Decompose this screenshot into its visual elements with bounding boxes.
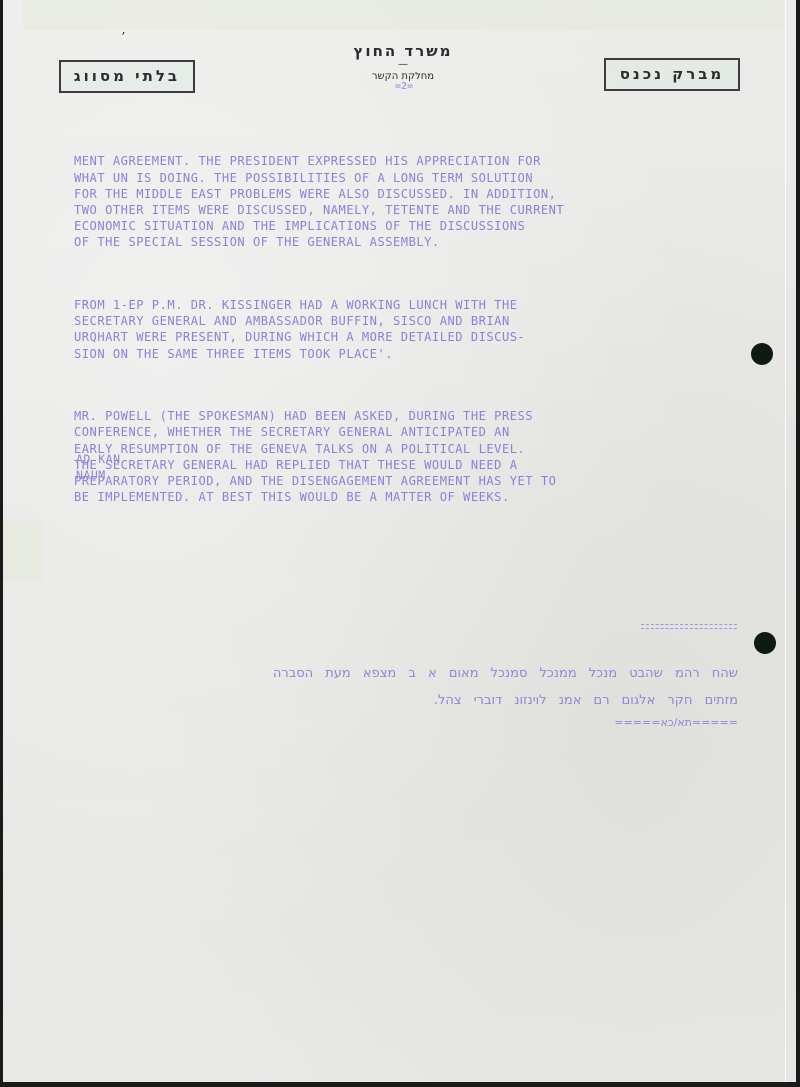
signoff-end-marker: AD KAN	[76, 451, 121, 467]
body-line: SECRETARY GENERAL AND AMBASSADOR BUFFIN,…	[74, 313, 714, 329]
body-line: URQHART WERE PRESENT, DURING WHICH A MOR…	[74, 329, 714, 345]
distribution-line: שהח רהמ שהבט מנכל ממנכל סמנכל מאום א ב מ…	[138, 660, 738, 687]
body-line: PREPARATORY PERIOD, AND THE DISENGAGEMEN…	[74, 473, 714, 489]
body-line: ECONOMIC SITUATION AND THE IMPLICATIONS …	[74, 218, 714, 234]
classification-stamp: בלתי מסווג	[59, 60, 195, 93]
body-line: MENT AGREEMENT. THE PRESIDENT EXPRESSED …	[74, 153, 714, 169]
body-line: WHAT UN IS DOING. THE POSSIBILITIES OF A…	[74, 170, 714, 186]
body-line: OF THE SPECIAL SESSION OF THE GENERAL AS…	[74, 234, 714, 250]
separator-line	[641, 624, 737, 629]
telegram-body: MENT AGREEMENT. THE PRESIDENT EXPRESSED …	[74, 121, 714, 552]
paper-stain	[23, 0, 783, 30]
body-line: MR. POWELL (THE SPOKESMAN) HAD BEEN ASKE…	[74, 408, 714, 424]
body-line: FROM 1-EP P.M. DR. KISSINGER HAD A WORKI…	[74, 297, 714, 313]
page-number: =2=	[323, 81, 483, 92]
body-line: FOR THE MIDDLE EAST PROBLEMS WERE ALSO D…	[74, 186, 714, 202]
paper-fold-line	[785, 0, 786, 1082]
distribution-list: שהח רהמ שהבט מנכל ממנכל סמנכל מאום א ב מ…	[138, 660, 738, 732]
letterhead: משרד החוץ — מחלקת הקשר =2=	[323, 42, 483, 92]
ministry-title: משרד החוץ	[323, 42, 483, 60]
telegram-page: ʼ בלתי מסווג משרד החוץ — מחלקת הקשר =2= …	[3, 0, 796, 1082]
body-line: TWO OTHER ITEMS WERE DISCUSSED, NAMELY, …	[74, 202, 714, 218]
body-line: CONFERENCE, WHETHER THE SECRETARY GENERA…	[74, 424, 714, 440]
signoff-sender: NAUM	[76, 467, 121, 483]
binding-hole-icon	[754, 632, 776, 654]
signoff: AD KANNAUM	[76, 451, 121, 483]
body-line: EARLY RESUMPTION OF THE GENEVA TALKS ON …	[74, 441, 714, 457]
body-line: SION ON THE SAME THREE ITEMS TOOK PLACE'…	[74, 346, 714, 362]
distribution-end-code: =====תא/כא=====	[138, 714, 738, 732]
paragraph-1: MENT AGREEMENT. THE PRESIDENT EXPRESSED …	[74, 153, 714, 250]
body-line: THE SECRETARY GENERAL HAD REPLIED THAT T…	[74, 457, 714, 473]
stray-mark: ʼ	[121, 30, 125, 44]
distribution-line: מזתים חקר אלגום רם אמנ לוינזונ דוברי צהל…	[138, 687, 738, 714]
paragraph-2: FROM 1-EP P.M. DR. KISSINGER HAD A WORKI…	[74, 297, 714, 362]
paragraph-3: MR. POWELL (THE SPOKESMAN) HAD BEEN ASKE…	[74, 408, 714, 505]
incoming-telegram-stamp: מברק נכנס	[604, 58, 740, 91]
body-line: BE IMPLEMENTED. AT BEST THIS WOULD BE A …	[74, 489, 714, 505]
paper-stain	[3, 520, 43, 580]
binding-hole-icon	[751, 343, 773, 365]
header-dash: —	[323, 61, 483, 69]
